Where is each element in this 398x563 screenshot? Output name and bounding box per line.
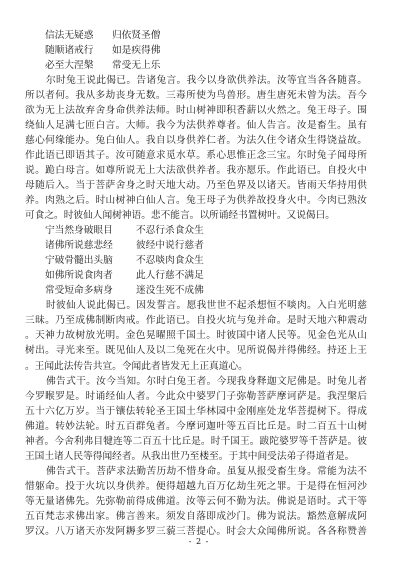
verse-left: 宁破骨髓出头脑 xyxy=(45,253,113,268)
text-line: 王国土诸人民等得闻经者。从我出世乃至楼至。于其中间受法弟子得道者是。 xyxy=(25,449,367,464)
verse-right: 不忍啖肉食众生 xyxy=(136,253,204,268)
verse-block-2: 宁当然身破眼目 不忍行杀食众生 诸佛所说慈悲经 彼经中说行慈者 宁破骨髓出头脑 … xyxy=(25,223,367,298)
text-line: 可食之。时彼仙人闻树神语。悲不能言。以所诵经书置树叶。又说偈曰。 xyxy=(25,208,367,223)
verse-left: 如佛所说食肉者 xyxy=(45,268,113,283)
verse-line: 必至大涅槃 常受无上乐 xyxy=(25,58,367,73)
text-line: 尔时兔王说此偈已。告诸兔言。我今以身欲供养法。汝等宜当各各随喜。 xyxy=(25,73,367,88)
text-line: 等无量诸佛先。先弥勒前得成佛道。汝等云何不勤为法。佛说是语时。式干等 xyxy=(25,494,367,509)
text-line: 佛告式干。汝今当知。尔时白兔王者。今现我身释迦文尼佛是。时兔儿者 xyxy=(25,374,367,389)
verse-line: 诸佛所说慈悲经 彼经中说行慈者 xyxy=(25,238,367,253)
verse-right: 常受无上乐 xyxy=(112,58,160,73)
paragraph-3: 佛告式干。汝今当知。尔时白兔王者。今现我身释迦文尼佛是。时兔儿者 今罗睺罗是。时… xyxy=(25,374,367,464)
text-line: 五百梵志求佛出家。佛言善来。须发自落即成沙门。佛为说法。豁然意解成阿 xyxy=(25,509,367,524)
text-line: 慈心何缘能办。兔白仙人。我自以身供养仁者。为法久住令诸众生得饶益故。 xyxy=(25,133,367,148)
paragraph-2: 时彼仙人说此偈已。因发誓言。愿我世世不起杀想恒不啖肉。入白光明慈 三昧。乃至成佛… xyxy=(25,298,367,373)
text-line: 佛告式干。菩萨求法勤苦历劫不惜身命。虽复从报受畜生身。常能为法不 xyxy=(25,464,367,479)
body-text: 信法无疑惑 归依贤圣僧 随顺诸戒行 如是疾得佛 必至大涅槃 常受无上乐 尔时兔王… xyxy=(25,28,367,540)
verse-right: 如是疾得佛 xyxy=(112,43,160,58)
text-line: 五十六亿万岁。当于镶佉转轮圣王国土华林园中金刚座处龙华菩提树下。得成 xyxy=(25,404,367,419)
verse-right: 迷没生死不成佛 xyxy=(136,283,204,298)
verse-right: 此人行慈不满足 xyxy=(136,268,204,283)
text-line: 欲为无上法故弃舍身命供养法师。时山树神即积香薪以火然之。兔王母子。围 xyxy=(25,103,367,118)
verse-right: 归依贤圣僧 xyxy=(112,28,160,43)
text-line: 说。跪白母言。如尊所说无上大法欲供养者。我亦愿乐。作此语已。自投火中 xyxy=(25,163,367,178)
text-line: 惜躯命。投于火坑以身供养。便得超越九百万亿劫生死之罪。于是得在恒河沙 xyxy=(25,479,367,494)
verse-line: 宁当然身破眼目 不忍行杀食众生 xyxy=(25,223,367,238)
verse-right: 不忍行杀食众生 xyxy=(136,223,204,238)
text-line: 树出。寻光来至。既见仙人及以二兔死在火中。见所说偈并得佛经。持还上王 xyxy=(25,343,367,358)
text-line: 养。肉熟之后。时山树神白仙人言。兔王母子为供养故投身火中。今肉已熟汝 xyxy=(25,193,367,208)
text-line: 所以者何。我从多劫丧身无数。三毒所使为鸟兽形。唐生唐死未曾为法。吾今 xyxy=(25,88,367,103)
verse-left: 诸佛所说慈悲经 xyxy=(45,238,113,253)
text-line: 绕仙人足满七匝白言。大师。我今为法供养尊者。仙人告言。汝是畜生。虽有 xyxy=(25,118,367,133)
page-number: - 2 - xyxy=(0,537,398,547)
verse-line: 宁破骨髓出头脑 不忍啖肉食众生 xyxy=(25,253,367,268)
verse-left: 必至大涅槃 xyxy=(45,58,93,73)
verse-line: 如佛所说食肉者 此人行慈不满足 xyxy=(25,268,367,283)
text-line: 作此语已即语其子。汝可随意求觅水草。系心思惟正念三宝。尔时兔子闻母所 xyxy=(25,148,367,163)
verse-right: 彼经中说行慈者 xyxy=(136,238,204,253)
verse-left: 宁当然身破眼目 xyxy=(45,223,113,238)
document-page: 信法无疑惑 归依贤圣僧 随顺诸戒行 如是疾得佛 必至大涅槃 常受无上乐 尔时兔王… xyxy=(0,0,398,563)
verse-left: 信法无疑惑 xyxy=(45,28,93,43)
paragraph-4: 佛告式干。菩萨求法勤苦历劫不惜身命。虽复从报受畜生身。常能为法不 惜躯命。投于火… xyxy=(25,464,367,539)
verse-left: 随顺诸戒行 xyxy=(45,43,93,58)
text-line: 。王闻此法传告共宣。令闻此者皆发无上正真道心。 xyxy=(25,359,367,374)
text-line: 神者。今舍利弗目犍连等二百五十比丘是。时千国王。跋陀婆罗等千菩萨是。彼 xyxy=(25,434,367,449)
verse-line: 随顺诸戒行 如是疾得佛 xyxy=(25,43,367,58)
paragraph-1: 尔时兔王说此偈已。告诸兔言。我今以身欲供养法。汝等宜当各各随喜。 所以者何。我从… xyxy=(25,73,367,223)
text-line: 佛道。转妙法轮。时五百群兔者。今摩诃迦叶等五百比丘是。时二百五十山树 xyxy=(25,419,367,434)
text-line: 时彼仙人说此偈已。因发誓言。愿我世世不起杀想恒不啖肉。入白光明慈 xyxy=(25,298,367,313)
verse-left: 常受短命多病身 xyxy=(45,283,113,298)
text-line: 今罗睺罗是。时诵经仙人者。今此众中婆罗门子弥勒菩萨摩诃萨是。我涅槃后 xyxy=(25,389,367,404)
verse-line: 信法无疑惑 归依贤圣僧 xyxy=(25,28,367,43)
text-line: 三昧。乃至成佛制断肉戒。作此语已。自投火坑与兔并命。是时天地六种震动 xyxy=(25,313,367,328)
verse-block-1: 信法无疑惑 归依贤圣僧 随顺诸戒行 如是疾得佛 必至大涅槃 常受无上乐 xyxy=(25,28,367,73)
verse-line: 常受短命多病身 迷没生死不成佛 xyxy=(25,283,367,298)
text-line: 。天神力故树放光明。金色晃曜照千国土。时彼国中诸人民等。见金色光从山 xyxy=(25,328,367,343)
text-line: 母随后入。当于菩萨舍身之时天地大动。乃至色界及以诸天。皆雨天华持用供 xyxy=(25,178,367,193)
